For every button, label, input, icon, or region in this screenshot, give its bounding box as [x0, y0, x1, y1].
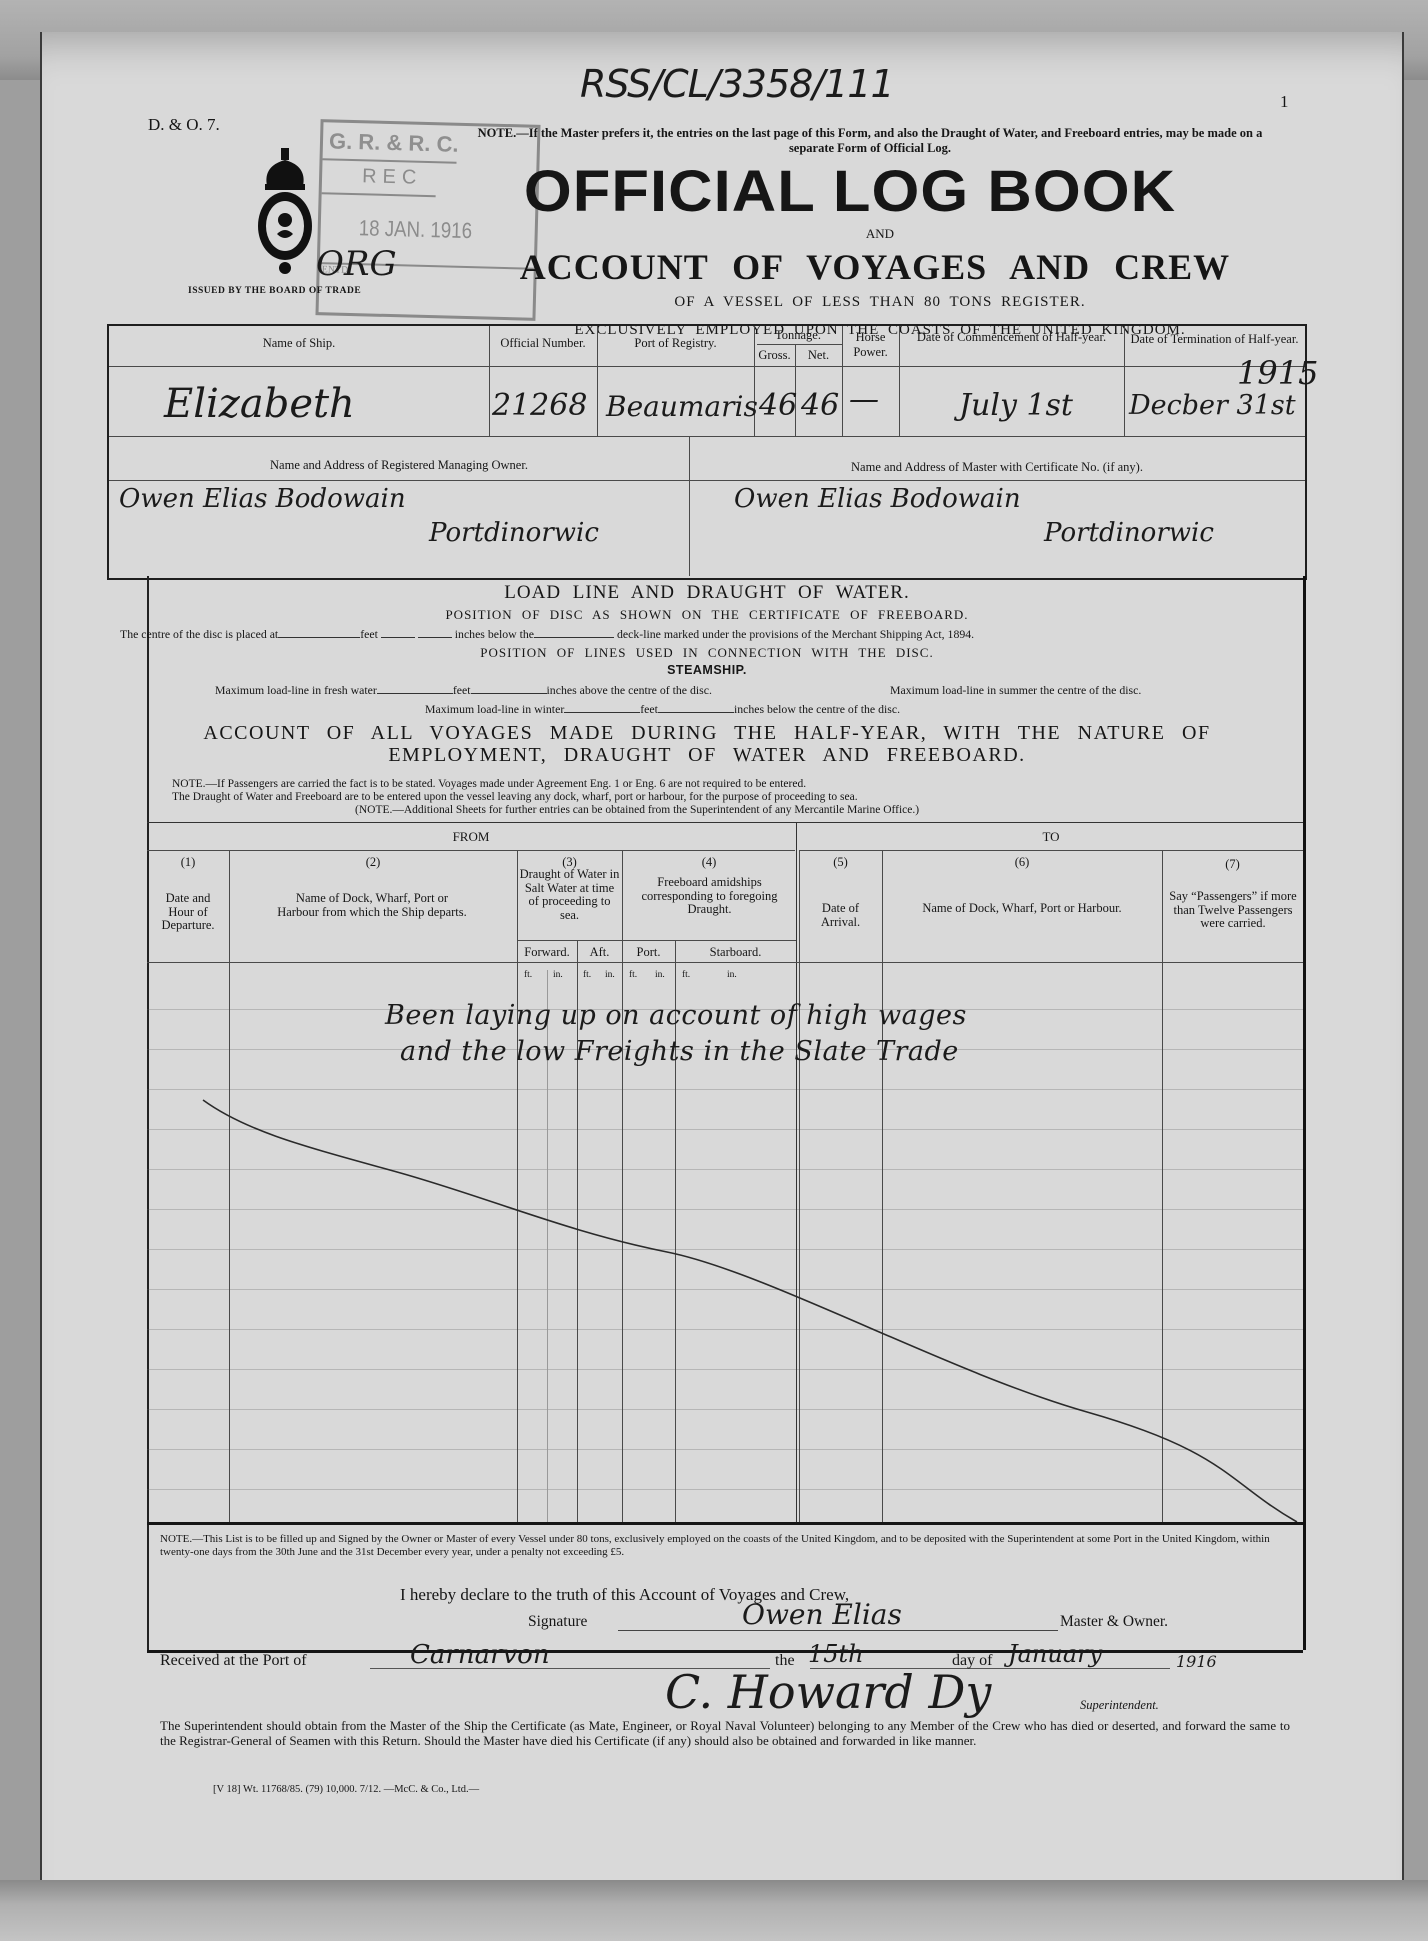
form-code: D. & O. 7.: [148, 115, 220, 135]
signature-label: Signature: [528, 1613, 587, 1631]
voyages-table: FROM TO (1) Date and Hour of Departure. …: [147, 822, 1303, 1522]
lines-heading: POSITION OF LINES USED IN CONNECTION WIT…: [107, 645, 1307, 661]
label-date-termination: Date of Termination of Half-year.: [1124, 332, 1305, 347]
label-owner: Name and Address of Registered Managing …: [109, 458, 689, 473]
value-termination-year: 1915: [1237, 354, 1318, 392]
value-name-of-ship: Elizabeth: [164, 381, 355, 427]
value-date-commencement: July 1st: [959, 388, 1073, 423]
page-title: OFFICIAL LOG BOOK: [447, 158, 1253, 225]
signature-value: Owen Elias: [742, 1598, 902, 1631]
declaration-bottom-rule: [147, 1650, 1303, 1653]
top-note: NOTE.—If the Master prefers it, the entr…: [470, 126, 1270, 156]
account-note-2: The Draught of Water and Freeboard are t…: [172, 791, 858, 803]
disc-feet-blank: [278, 627, 360, 638]
value-master-address: Portdinorwic: [1044, 518, 1214, 548]
label-gross: Gross.: [754, 348, 795, 363]
label-official-number: Official Number.: [489, 336, 597, 351]
value-official-number: 21268: [492, 388, 587, 423]
reference-number: RSS/CL/3358/111: [580, 62, 894, 106]
fresh-water-line: Maximum load-line in fresh waterfeetinch…: [215, 683, 712, 698]
label-horse-power: Horse Power.: [842, 330, 899, 360]
value-owner-address: Portdinorwic: [429, 518, 599, 548]
value-owner-name: Owen Elias Bodowain: [119, 484, 406, 514]
ship-details-table: Name of Ship. Official Number. Port of R…: [107, 324, 1307, 580]
vessel-description: OF A VESSEL OF LESS THAN 80 TONS REGISTE…: [470, 294, 1290, 311]
label-tonnage: Tonnage.: [754, 328, 842, 343]
superintendent-label: Superintendent.: [1080, 1698, 1159, 1713]
superintendent-note: The Superintendent should obtain from th…: [160, 1718, 1290, 1748]
account-title: ACCOUNT OF ALL VOYAGES MADE DURING THE H…: [107, 722, 1307, 766]
value-gross-tonnage: 46: [759, 388, 797, 423]
value-horse-power: —: [849, 382, 879, 417]
royal-crest-icon: [255, 148, 315, 278]
received-port: Carnarvon: [410, 1640, 550, 1670]
label-date-commencement: Date of Commencement of Half-year.: [899, 330, 1124, 345]
superintendent-signature: C. Howard Dy: [665, 1665, 991, 1719]
received-year: 1916: [1176, 1652, 1217, 1671]
account-note-1: NOTE.—If Passengers are carried the fact…: [172, 778, 1292, 791]
page-subtitle: ACCOUNT OF VOYAGES AND CREW: [460, 246, 1290, 288]
account-note-3: (NOTE.—Additional Sheets for further ent…: [355, 804, 919, 816]
label-name-of-ship: Name of Ship.: [109, 336, 489, 351]
received-day: 15th: [808, 1640, 864, 1668]
page-number: 1: [1280, 92, 1289, 112]
summer-line: Maximum load-line in summer the centre o…: [890, 683, 1141, 698]
value-date-termination: Decber 31st: [1129, 390, 1296, 421]
disc-position-line: The centre of the disc is placed atfeet …: [120, 627, 1300, 642]
label-port-of-registry: Port of Registry.: [597, 336, 754, 351]
title-conjunction: AND: [470, 226, 1290, 242]
label-net: Net.: [795, 348, 842, 363]
remarks-line-1: Been laying up on account of high wages: [385, 1000, 967, 1031]
remarks-line-2: and the low Freights in the Slate Trade: [400, 1036, 959, 1067]
disc-heading: POSITION OF DISC AS SHOWN ON THE CERTIFI…: [107, 607, 1307, 623]
label-master: Name and Address of Master with Certific…: [689, 460, 1305, 475]
print-code: [V 18] Wt. 11768/85. (79) 10,000. 7/12. …: [213, 1784, 479, 1795]
stamp-initials: ORG: [316, 244, 397, 284]
winter-line: Maximum load-line in winterfeetinches be…: [425, 702, 900, 717]
issued-by: ISSUED BY THE BOARD OF TRADE: [188, 286, 361, 296]
table-bottom-rule: [147, 1522, 1303, 1525]
received-month: January: [1008, 1640, 1102, 1668]
load-line-title: LOAD LINE AND DRAUGHT OF WATER.: [107, 582, 1307, 604]
footer-note: NOTE.—This List is to be filled up and S…: [160, 1533, 1300, 1558]
value-port-of-registry: Beaumaris: [606, 390, 758, 423]
value-master-name: Owen Elias Bodowain: [734, 484, 1021, 514]
steamship-heading: STEAMSHIP.: [107, 663, 1307, 677]
scan-background-bottom: [0, 1880, 1428, 1941]
cancel-strike-line: [147, 822, 1303, 1522]
master-owner-label: Master & Owner.: [1060, 1613, 1168, 1631]
received-label: Received at the Port of: [160, 1652, 307, 1670]
value-net-tonnage: 46: [801, 388, 839, 423]
